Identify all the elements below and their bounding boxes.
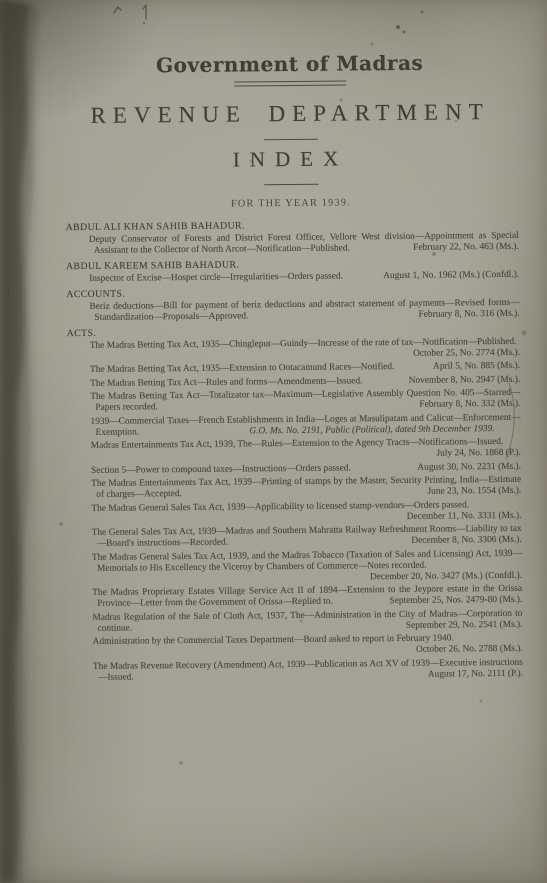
torn-left-edge — [0, 0, 60, 883]
stroke-mark — [143, 5, 146, 19]
index-entry: Madras Regulation of the Sale of Cloth A… — [67, 608, 522, 634]
index-entry: Deputy Conservator of Forests and Distri… — [64, 230, 519, 256]
index-sections: ABDUL ALI KHAN SAHIB BAHADUR. Deputy Con… — [64, 217, 523, 683]
scanned-page: Government of Madras REVENUE DEPARTMENT … — [0, 0, 547, 883]
index-entry: 1939—Commercial Taxes—French Establishme… — [65, 412, 520, 438]
entry-ref: April 5, No. 885 (Ms.). — [423, 361, 520, 373]
index-entry: Section 5—Power to compound taxes—Instru… — [66, 461, 521, 476]
entry-ref: February 22, No. 463 (Ms.). — [403, 241, 519, 253]
entry-list: The Madras Betting Tax Act, 1935—Chingle… — [65, 336, 523, 683]
tick-mark — [114, 7, 121, 13]
entry-ref: August 17, No. 2111 (P.). — [418, 668, 523, 680]
index-section: ACCOUNTS. Beriz deductions—Bill for paym… — [64, 284, 519, 323]
index-entry: The Madras Entertainments Tax Act, 1939—… — [66, 475, 521, 501]
double-rule — [234, 80, 346, 86]
index-entry: Beriz deductions—Bill for payment of ber… — [64, 297, 519, 323]
entry-text: The Madras Betting Tax Act, 1935—Extensi… — [90, 362, 394, 375]
index-entry: Administration by the Commercial Taxes D… — [68, 633, 523, 659]
entry-ref: G.O. Ms. No. 2191, Public (Political), d… — [239, 424, 494, 437]
entry-list: Inspector of Excise—Hospet circle—Irregu… — [64, 269, 519, 284]
entry-text: Inspector of Excise—Hospet circle—Irregu… — [89, 271, 343, 283]
index-entry: The Madras General Sales Tax Act, 1939, … — [67, 548, 522, 585]
masthead-title: Government of Madras — [62, 50, 517, 78]
entry-ref: August 1, No. 1962 (Ms.) (Confdl.). — [373, 269, 519, 281]
separator-rule — [264, 183, 318, 185]
page-title: INDEX — [63, 144, 518, 173]
entry-list: Beriz deductions—Bill for payment of ber… — [64, 297, 519, 323]
index-entry: Inspector of Excise—Hospet circle—Irregu… — [64, 269, 519, 284]
entry-ref: October 26, No. 2788 (Ms.). — [406, 644, 523, 656]
index-entry: The Madras Betting Tax Act, 1935—Extensi… — [65, 361, 520, 376]
entry-ref: December 11, No. 3331 (Ms.). — [397, 510, 522, 522]
separator-rule — [263, 138, 317, 140]
department-title: REVENUE DEPARTMENT — [62, 98, 517, 128]
entry-ref: July 24, No. 1868 (P.). — [426, 448, 520, 460]
entry-ref: June 23, No. 1554 (Ms.). — [417, 486, 521, 498]
entry-ref: August 30, No. 2231 (Ms.). — [407, 461, 521, 473]
ink-dot — [143, 22, 145, 24]
year-line: FOR THE YEAR 1939. — [63, 195, 518, 210]
entry-text: Section 5—Power to compound taxes—Instru… — [91, 463, 351, 475]
entry-ref: September 29, No. 2541 (Ms.). — [396, 619, 523, 631]
entry-ref: December 20, No. 3427 (Ms.) (Confdl.). — [360, 570, 522, 583]
index-entry: The Madras Proprietary Estates Village S… — [67, 584, 522, 610]
entry-text: The Madras General Sales Tax Act, 1939, … — [92, 548, 522, 573]
entry-ref: November 8, No. 2947 (Ms.). — [399, 374, 521, 386]
index-entry: The General Sales Tax Act, 1939—Madras a… — [67, 524, 522, 550]
index-entry: The Madras Betting Tax Act, 1935—Chingle… — [65, 336, 520, 362]
index-section: ABDUL ALI KHAN SAHIB BAHADUR. Deputy Con… — [64, 217, 519, 256]
index-entry: The Madras General Sales Tax Act, 1939—A… — [66, 499, 521, 525]
ink-specks — [0, 0, 2, 2]
index-section: ABDUL KAREEM SAHIB BAHADUR. Inspector of… — [64, 256, 519, 284]
entry-list: Deputy Conservator of Forests and Distri… — [64, 230, 519, 256]
entry-text: The Madras Betting Tax Act—Rules and for… — [90, 376, 362, 389]
entry-text: Administration by the Commercial Taxes D… — [93, 633, 454, 646]
index-entry: The Madras Betting Tax Act—Rules and for… — [65, 374, 520, 389]
entry-ref: October 25, No. 2774 (Ms.). — [403, 347, 520, 359]
index-entry: The Madras Betting Tax Act—Totalizator t… — [65, 388, 520, 414]
page-content: Government of Madras REVENUE DEPARTMENT … — [62, 50, 523, 686]
entry-ref: February 8, No. 332 (Ms.). — [409, 399, 520, 411]
page-header: Government of Madras REVENUE DEPARTMENT … — [62, 50, 518, 211]
entry-ref: December 8, No. 3306 (Ms.). — [401, 535, 521, 547]
index-entry: The Madras Revenue Recovery (Amendment) … — [68, 657, 523, 683]
margin-squiggle — [6, 286, 9, 299]
index-entry: Madras Entertainments Tax Act, 1939, The… — [66, 437, 521, 463]
entry-ref: February 8, No. 316 (Ms.). — [408, 308, 519, 320]
index-section: ACTS. The Madras Betting Tax Act, 1935—C… — [65, 323, 523, 683]
entry-ref: September 25, Nos. 2479-80 (Ms.). — [379, 595, 522, 607]
